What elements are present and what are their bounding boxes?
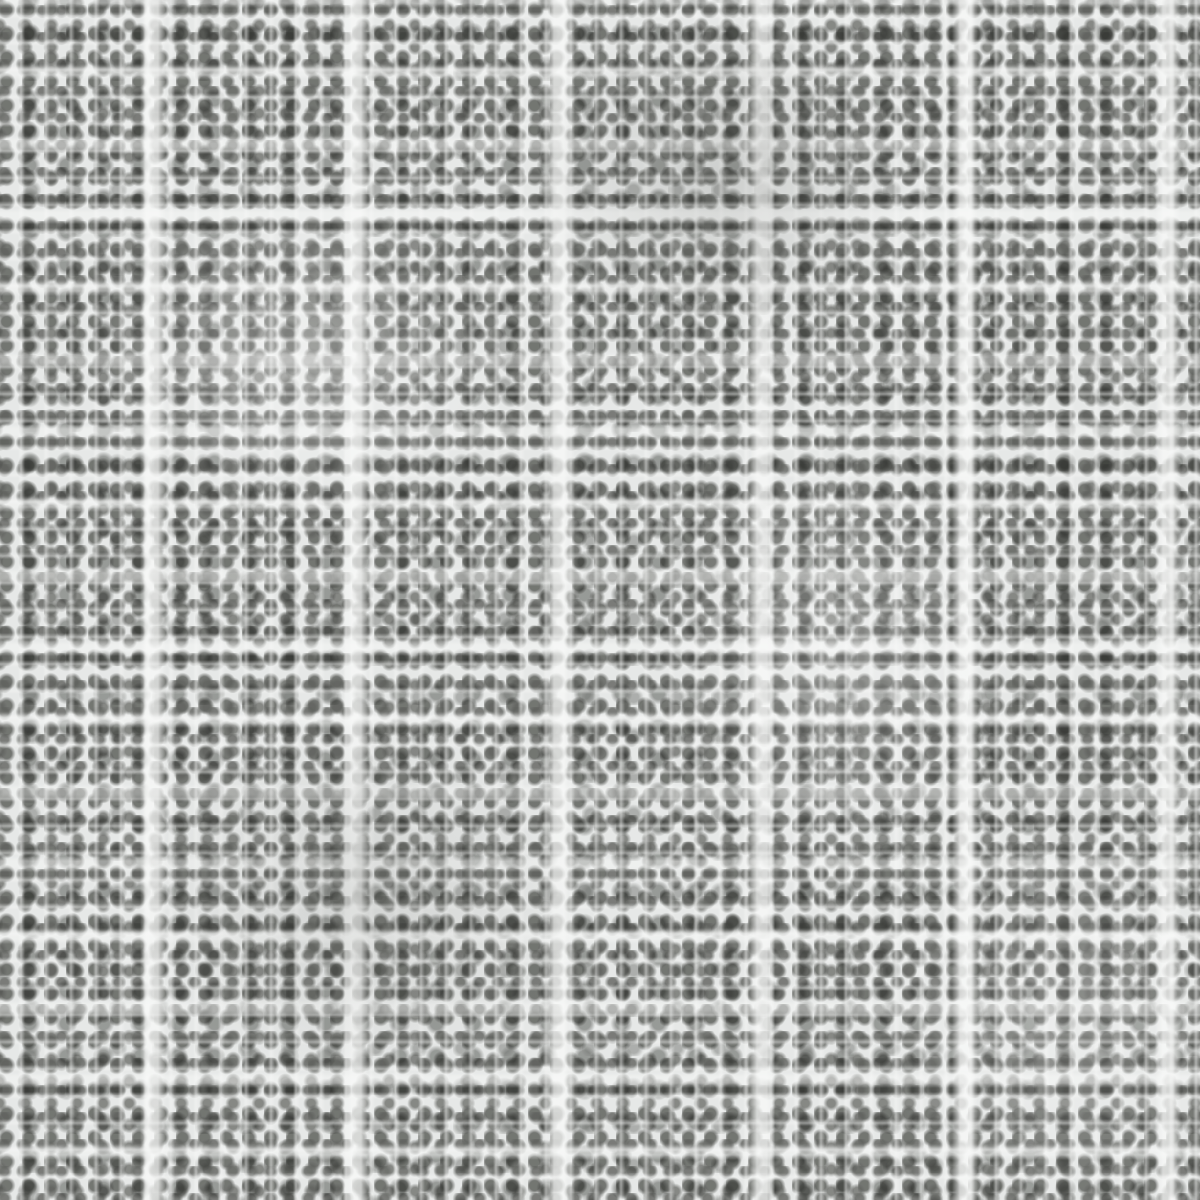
carpet-texture-photo: Mottled grid pattern of charcoal-grey tu… xyxy=(0,0,1200,1200)
tonal-variation-layer xyxy=(0,0,1200,1200)
